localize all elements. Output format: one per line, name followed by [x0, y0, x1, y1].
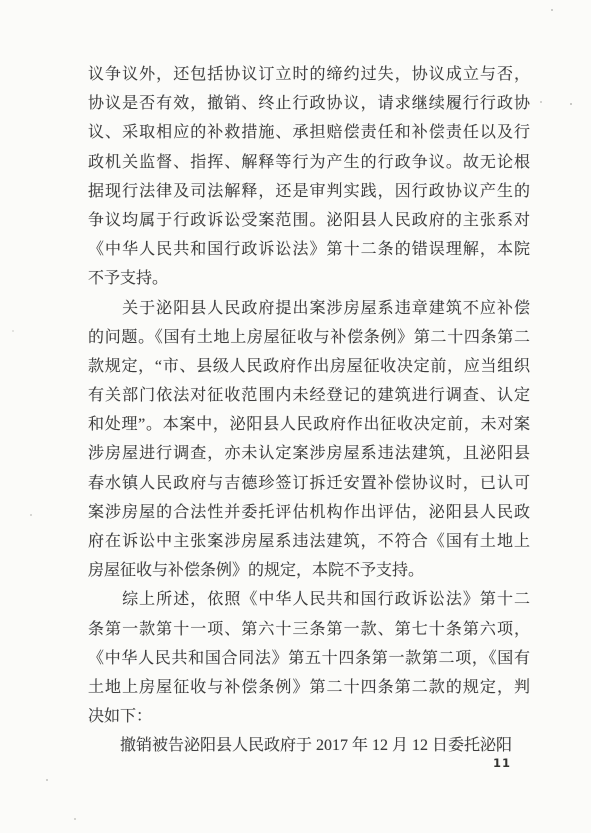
text-line: 据现行法律及司法解释，还是审判实践，因行政协议产生的 [88, 177, 530, 206]
scanned-page: 议争议外，还包括协议订立时的缔约过失，协议成立与否， 协议是否有效，撤销、终止行… [0, 0, 591, 833]
text-line: 涉房屋进行调查，亦未认定案涉房屋系违法建筑，且泌阳县 [88, 439, 530, 468]
text-line: 的问题。《国有土地上房屋征收与补偿条例》第二十四条第二 [88, 323, 530, 352]
text-line: 款规定，“市、县级人民政府作出房屋征收决定前，应当组织 [88, 352, 530, 381]
text-line: 综上所述，依照《中华人民共和国行政诉讼法》第十二 [88, 585, 530, 614]
text-line: 《中华人民共和国合同法》第五十四条第一款第二项，《国有 [88, 644, 530, 673]
text-line: 协议是否有效，撤销、终止行政协议，请求继续履行行政协 [88, 89, 530, 118]
text-line: 土地上房屋征收与补偿条例》第二十四条第二款的规定，判 [88, 673, 530, 702]
text-line: 政机关监督、指挥、解释等行为产生的行政争议。故无论根 [88, 148, 530, 177]
text-line: 不予支持。 [88, 264, 530, 293]
text-line: 议、采取相应的补救措施、承担赔偿责任和补偿责任以及行 [88, 118, 530, 147]
text-line: 关于泌阳县人民政府提出案涉房屋系违章建筑不应补偿 [88, 294, 530, 323]
text-line: 春水镇人民政府与吉德珍签订拆迁安置补偿协议时，已认可 [88, 469, 530, 498]
text-line: 府在诉讼中主张案涉房屋系违法建筑，不符合《国有土地上 [88, 527, 530, 556]
text-line: 有关部门依法对征收范围内未经登记的建筑进行调查、认定 [88, 381, 530, 410]
text-line: 案涉房屋的合法性并委托评估机构作出评估，泌阳县人民政 [88, 498, 530, 527]
text-line: 决如下： [88, 702, 530, 731]
text-line: 《中华人民共和国行政诉讼法》第十二条的错误理解，本院 [88, 235, 530, 264]
scan-noise-specks [0, 0, 2, 2]
judgment-text-block: 议争议外，还包括协议订立时的缔约过失，协议成立与否， 协议是否有效，撤销、终止行… [88, 60, 530, 761]
text-line: 条第一款第十一项、第六十三条第一款、第七十条第六项， [88, 615, 530, 644]
text-line: 议争议外，还包括协议订立时的缔约过失，协议成立与否， [88, 60, 530, 89]
text-line: 争议均属于行政诉讼受案范围。泌阳县人民政府的主张系对 [88, 206, 530, 235]
page-number: 11 [493, 756, 523, 770]
text-line: 和处理”。本案中，泌阳县人民政府作出征收决定前，未对案 [88, 410, 530, 439]
text-line: 撤销被告泌阳县人民政府于 2017 年 12 月 12 日委托泌阳 [88, 731, 530, 760]
text-line: 房屋征收与补偿条例》的规定，本院不予支持。 [88, 556, 530, 585]
